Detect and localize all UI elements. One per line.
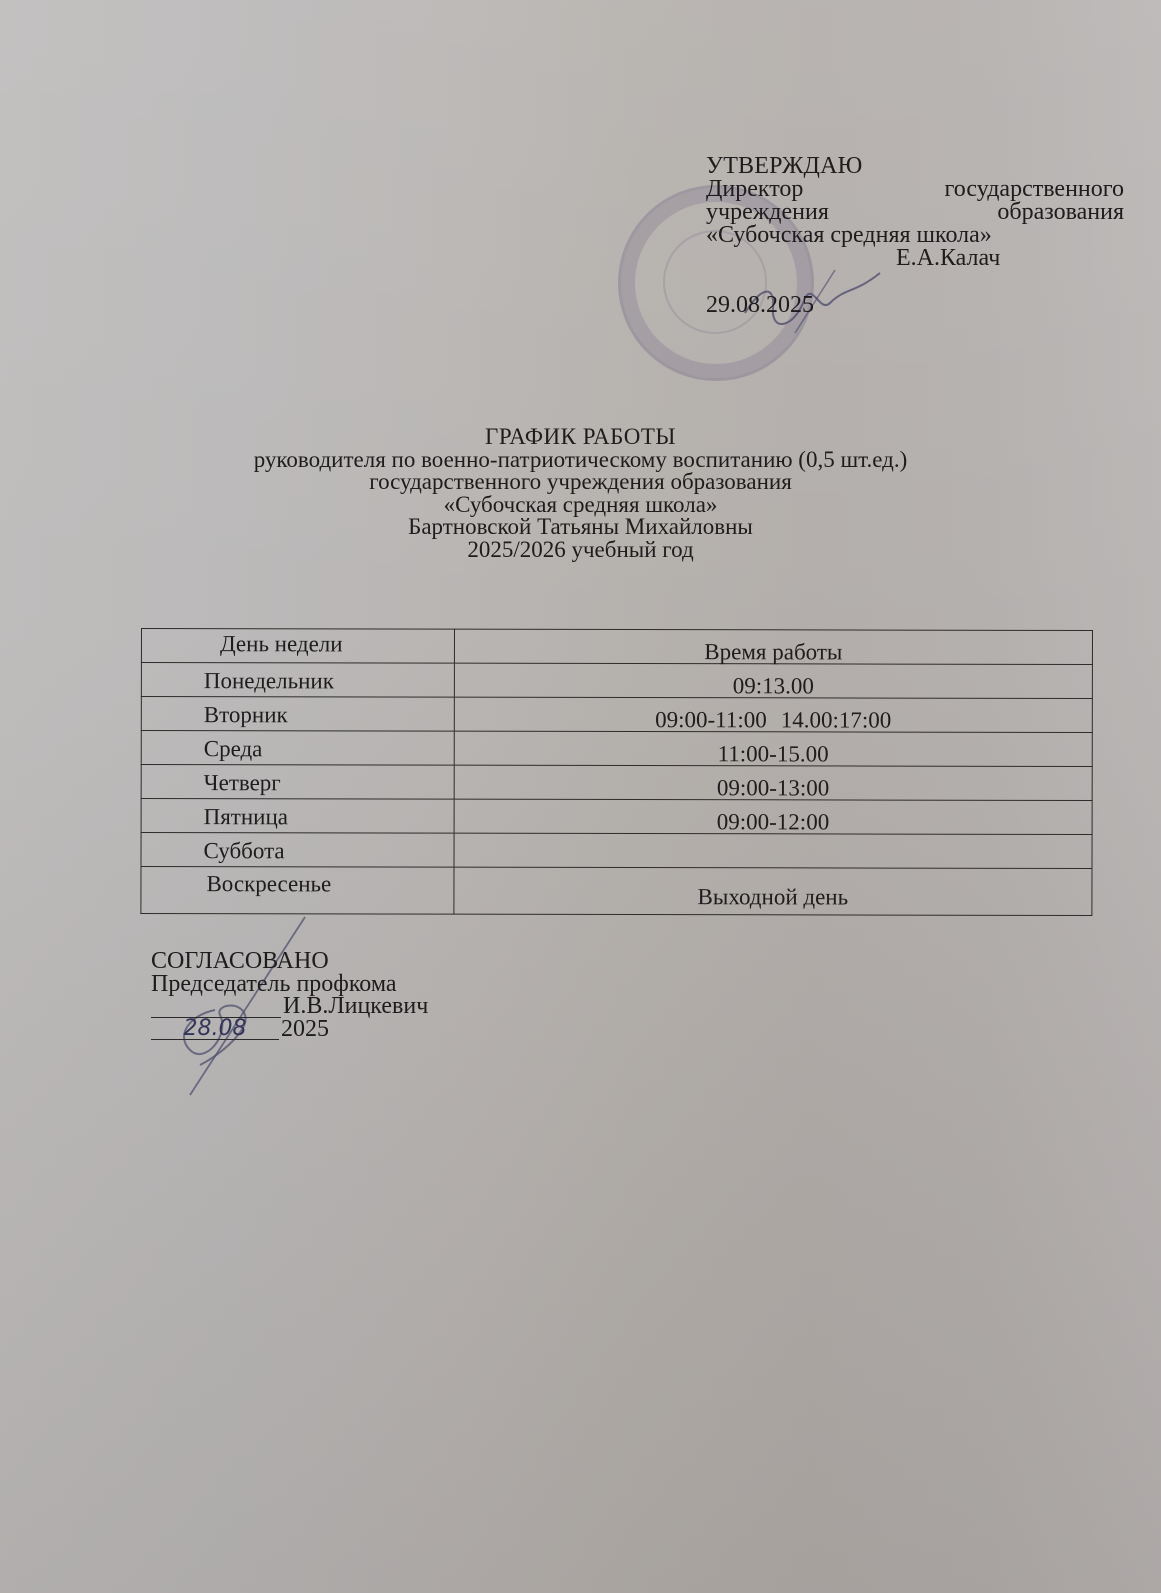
row-day: Воскресенье: [141, 867, 454, 915]
approval-position-word: Директор: [706, 178, 803, 201]
row-time: 09:13.00: [454, 663, 1092, 698]
row-day: Вторник: [141, 697, 454, 732]
table-row: Суббота: [141, 833, 1092, 869]
agreement-year: 2025: [281, 1018, 329, 1041]
title-school-line: «Субочская средняя школа»: [0, 494, 1161, 517]
header-day-of-week: День недели: [141, 629, 454, 664]
agreement-signer: И.В.Лицкевич: [283, 995, 428, 1018]
row-time: 09:00-11:0014.00:17:00: [454, 697, 1092, 732]
row-day: Суббота: [141, 833, 454, 868]
approval-position-line-1: Директор государственного: [706, 178, 1124, 201]
row-time: 09:00-12:00: [454, 799, 1092, 834]
agreement-signer-line: И.В.Лицкевич: [151, 995, 428, 1018]
approval-block: УТВЕРЖДАЮ Директор государственного учре…: [706, 155, 1124, 317]
table-row: Пятница 09:00-12:00: [141, 799, 1092, 835]
table-row: Понедельник 09:13.00: [141, 663, 1092, 699]
row-time: 09:00-13:00: [454, 765, 1092, 800]
agreement-position: Председатель профкома: [151, 973, 428, 996]
table-header-row: День недели Время работы: [141, 629, 1092, 665]
table-row: Воскресенье Выходной день: [141, 867, 1092, 916]
row-day: Четверг: [141, 765, 454, 800]
table-row: Среда 11:00-15.00: [141, 731, 1092, 767]
table-row: Четверг 09:00-13:00: [141, 765, 1092, 801]
handwritten-date: 28.08: [151, 1019, 279, 1040]
header-working-hours: Время работы: [454, 629, 1092, 664]
approval-position-word: образования: [997, 201, 1124, 224]
title-employee-name: Бартновской Татьяны Михайловны: [0, 516, 1161, 539]
title-academic-year: 2025/2026 учебный год: [0, 539, 1161, 562]
signature-blank: [151, 999, 281, 1018]
approval-position-word: государственного: [945, 178, 1124, 201]
title-institution-line: государственного учреждения образования: [0, 471, 1161, 494]
document-title: ГРАФИК РАБОТЫ: [0, 426, 1161, 449]
approval-organization: «Субочская средняя школа»: [706, 224, 1124, 247]
approval-position-line-2: учреждения образования: [706, 201, 1124, 224]
row-time: [454, 833, 1092, 868]
row-day: Пятница: [141, 799, 454, 834]
row-time-afternoon: 14.00:17:00: [781, 707, 892, 732]
row-time: Выходной день: [454, 867, 1092, 915]
agreement-heading: СОГЛАСОВАНО: [151, 950, 428, 973]
row-day: Понедельник: [141, 663, 454, 698]
row-time: 11:00-15.00: [454, 731, 1092, 766]
approval-position-word: учреждения: [706, 201, 829, 224]
table-row: Вторник 09:00-11:0014.00:17:00: [141, 697, 1092, 733]
title-position-line: руководителя по военно-патриотическому в…: [0, 449, 1161, 472]
row-time-morning: 09:00-11:00: [655, 707, 767, 732]
agreement-date-line: 28.08 2025: [151, 1018, 428, 1041]
row-day: Среда: [141, 731, 454, 766]
schedule-table: День недели Время работы Понедельник 09:…: [140, 628, 1093, 916]
document-title-block: ГРАФИК РАБОТЫ руководителя по военно-пат…: [0, 426, 1161, 561]
approval-heading: УТВЕРЖДАЮ: [706, 155, 1124, 178]
approval-date: 29.08.2025: [706, 294, 1124, 317]
approval-signer: Е.А.Калач: [706, 247, 1124, 270]
agreement-block: СОГЛАСОВАНО Председатель профкома И.В.Ли…: [151, 950, 428, 1040]
